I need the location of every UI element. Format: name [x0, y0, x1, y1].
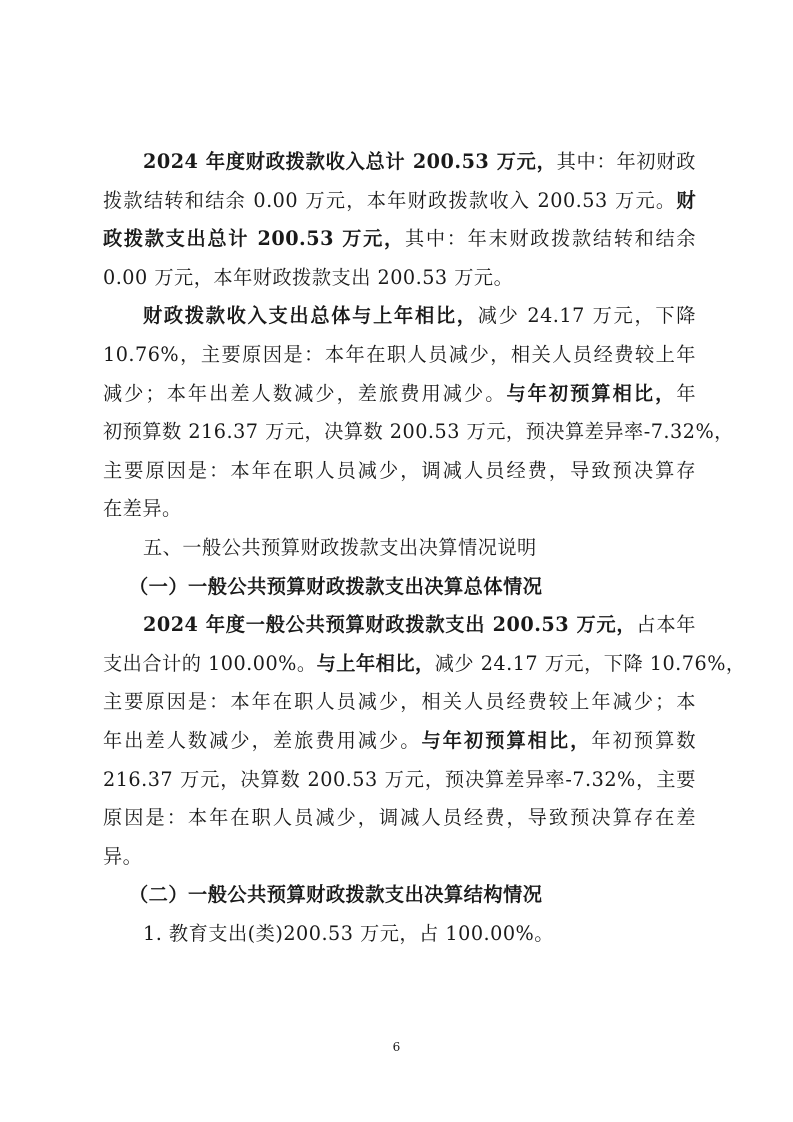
text-line: 原因是：本年在职人员减少，调减人员经费，导致预决算存在差 [103, 799, 696, 838]
text: 主要原因是：本年在职人员减少，调减人员经费，导致预决算存 [103, 459, 696, 482]
text: 减少；本年出差人数减少，差旅费用减少。 [103, 382, 506, 405]
text-line: 年出差人数减少，差旅费用减少。与年初预算相比，年初预算数 [103, 722, 696, 761]
text-line: 216.37 万元，决算数 200.53 万元，预决算差异率-7.32%，主要 [103, 761, 696, 800]
text-line: 政拨款支出总计 200.53 万元，其中：年末财政拨款结转和结余 [103, 220, 696, 259]
text: 0.00 万元，本年财政拨款支出 200.53 万元。 [103, 266, 513, 289]
text-line: 财政拨款收入支出总体与上年相比，减少 24.17 万元，下降 [103, 297, 696, 336]
text-line: 2024 年度财政拨款收入总计 200.53 万元，其中：年初财政 [103, 143, 696, 182]
bold-text: 2024 年度财政拨款收入总计 200.53 万元， [143, 150, 557, 173]
document-page: 2024 年度财政拨款收入总计 200.53 万元，其中：年初财政 拨款结转和结… [0, 0, 793, 1122]
text: 占本年 [636, 613, 696, 636]
text-line: 拨款结转和结余 0.00 万元，本年财政拨款收入 200.53 万元。财 [103, 182, 696, 221]
text-line: 初预算数 216.37 万元，决算数 200.53 万元，预决算差异率-7.32… [103, 413, 696, 452]
page-number: 6 [0, 1040, 793, 1054]
subsection-heading: （一）一般公共预算财政拨款支出决算总体情况 [103, 568, 696, 607]
text-line: 10.76%，主要原因是：本年在职人员减少，相关人员经费较上年 [103, 336, 696, 375]
text: 其中：年末财政拨款结转和结余 [405, 227, 696, 250]
text-line: 异。 [103, 838, 696, 877]
text: 216.37 万元，决算数 200.53 万元，预决算差异率-7.32%，主要 [103, 768, 696, 791]
text-line: 2024 年度一般公共预算财政拨款支出 200.53 万元，占本年 [103, 606, 696, 645]
text: 10.76%，主要原因是：本年在职人员减少，相关人员经费较上年 [103, 343, 696, 366]
text: 在差异。 [103, 497, 182, 520]
text: 年 [676, 382, 696, 405]
paragraph-income-summary: 2024 年度财政拨款收入总计 200.53 万元，其中：年初财政 拨款结转和结… [103, 143, 696, 297]
bold-text: 财 [676, 189, 696, 212]
text: 拨款结转和结余 0.00 万元，本年财政拨款收入 200.53 万元。 [103, 189, 676, 212]
bold-text: 2024 年度一般公共预算财政拨款支出 200.53 万元， [143, 613, 636, 636]
bold-text: 与年初预算相比， [506, 382, 676, 405]
text-line: 支出合计的 100.00%。与上年相比，减少 24.17 万元，下降 10.76… [103, 645, 696, 684]
paragraph-yoy-comparison: 财政拨款收入支出总体与上年相比，减少 24.17 万元，下降 10.76%，主要… [103, 297, 696, 529]
subsection-heading: （二）一般公共预算财政拨款支出决算结构情况 [103, 876, 696, 915]
text-line: 减少；本年出差人数减少，差旅费用减少。与年初预算相比，年 [103, 375, 696, 414]
bold-text: 财政拨款收入支出总体与上年相比， [143, 304, 478, 327]
text: 主要原因是：本年在职人员减少，相关人员经费较上年减少；本 [103, 690, 696, 713]
text: 异。 [103, 845, 142, 868]
bold-text: 与上年相比， [317, 652, 435, 675]
bold-text: 政拨款支出总计 200.53 万元， [103, 227, 405, 250]
document-body: 2024 年度财政拨款收入总计 200.53 万元，其中：年初财政 拨款结转和结… [103, 143, 696, 953]
text: 其中：年初财政 [557, 150, 696, 173]
text: 初预算数 216.37 万元，决算数 200.53 万元，预决算差异率-7.32… [103, 420, 734, 443]
section-heading: 五、一般公共预算财政拨款支出决算情况说明 [103, 529, 696, 568]
text-line: 主要原因是：本年在职人员减少，相关人员经费较上年减少；本 [103, 683, 696, 722]
text-line: 在差异。 [103, 490, 696, 529]
text: 年初预算数 [591, 729, 696, 752]
text: 支出合计的 100.00%。 [103, 652, 317, 675]
text: 减少 24.17 万元，下降 [478, 304, 696, 327]
list-item: 1. 教育支出(类)200.53 万元，占 100.00%。 [103, 915, 696, 954]
text: 减少 24.17 万元，下降 10.76%， [435, 652, 746, 675]
bold-text: 与年初预算相比， [422, 729, 592, 752]
paragraph-general-budget-overall: 2024 年度一般公共预算财政拨款支出 200.53 万元，占本年 支出合计的 … [103, 606, 696, 876]
text-line: 0.00 万元，本年财政拨款支出 200.53 万元。 [103, 259, 696, 298]
text: 年出差人数减少，差旅费用减少。 [103, 729, 422, 752]
text-line: 主要原因是：本年在职人员减少，调减人员经费，导致预决算存 [103, 452, 696, 491]
text: 原因是：本年在职人员减少，调减人员经费，导致预决算存在差 [103, 806, 696, 829]
